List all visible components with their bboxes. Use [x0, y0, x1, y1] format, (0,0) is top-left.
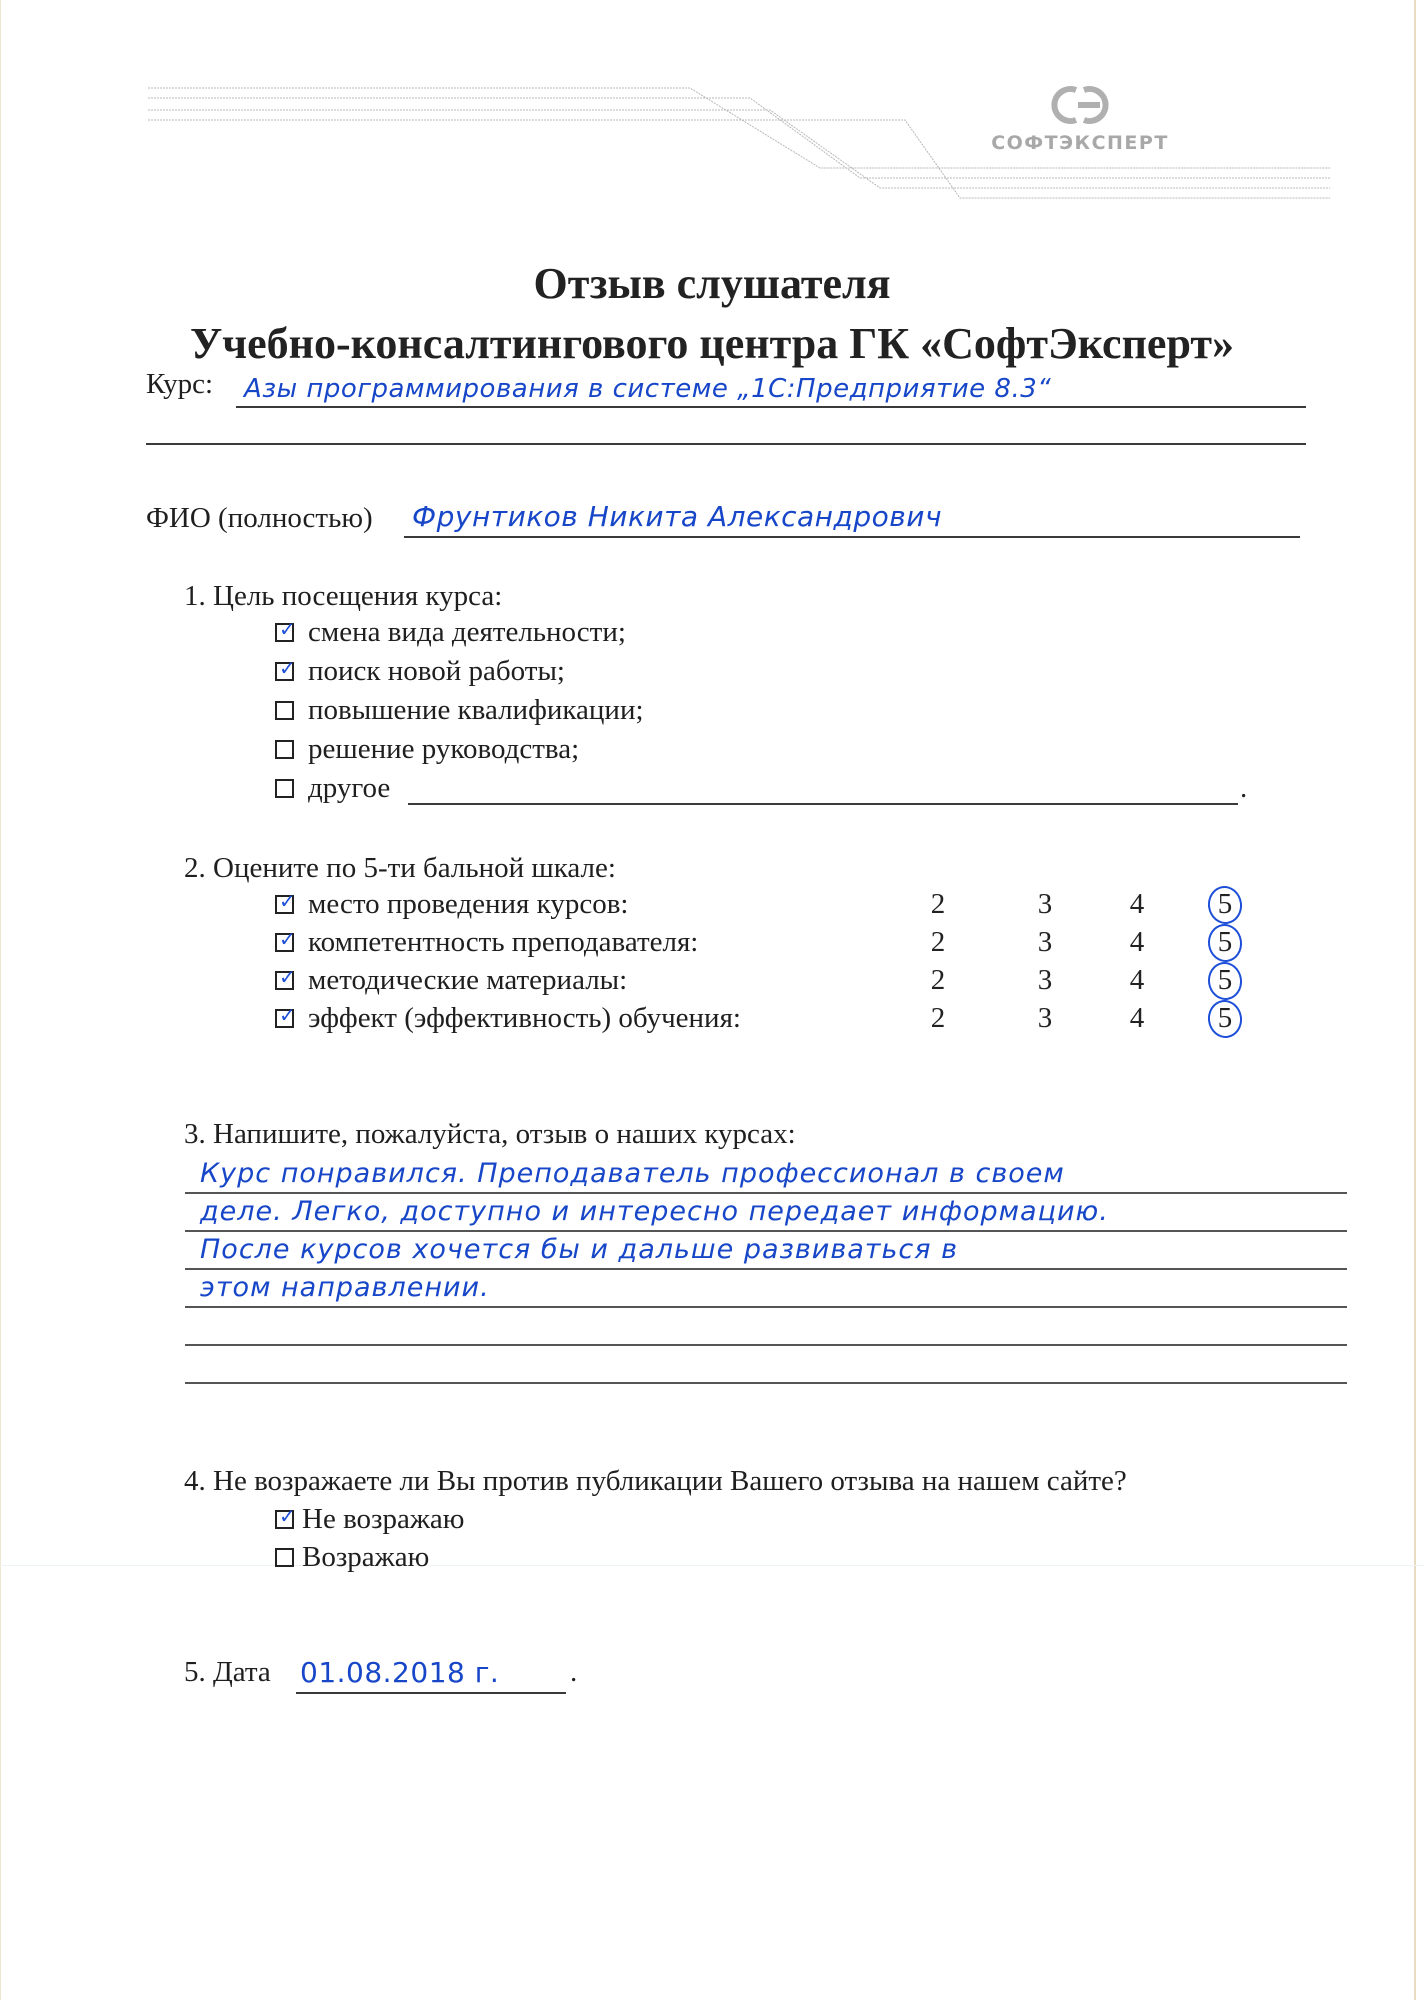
score-option[interactable]: 3	[1030, 888, 1060, 921]
review-text-line[interactable]: этом направлении.	[200, 1272, 490, 1303]
checkbox[interactable]	[275, 779, 294, 798]
review-underline	[185, 1306, 1347, 1308]
criterion-label: методические материалы:	[308, 964, 627, 997]
other-period: .	[1240, 772, 1247, 805]
option-label: решение руководства;	[308, 733, 579, 766]
page-title: Отзыв слушателя	[0, 258, 1424, 309]
criterion-label: компетентность преподавателя:	[308, 926, 698, 959]
score-option[interactable]: 4	[1122, 1002, 1152, 1035]
review-text-line[interactable]: деле. Легко, доступно и интересно переда…	[200, 1196, 1109, 1227]
q1-heading: 1. Цель посещения курса:	[184, 580, 502, 613]
review-underline	[185, 1230, 1347, 1232]
option-label: Не возражаю	[302, 1503, 464, 1536]
q2-heading: 2. Оцените по 5-ти бальной шкале:	[184, 852, 616, 885]
course-underline-2	[146, 443, 1306, 445]
review-underline	[185, 1268, 1347, 1270]
course-underline	[236, 406, 1306, 408]
check-icon: ✓	[279, 658, 296, 678]
date-field[interactable]: 01.08.2018 г.	[300, 1656, 499, 1689]
check-icon: ✓	[279, 1005, 296, 1025]
q4-option-no-objection[interactable]: ✓ Не возражаю	[275, 1503, 464, 1536]
review-text-line[interactable]: Курс понравился. Преподаватель профессио…	[200, 1158, 1065, 1189]
q4-option-object[interactable]: Возражаю	[275, 1541, 429, 1574]
checkbox[interactable]: ✓	[275, 1510, 294, 1529]
company-logo: СОФТЭКСПЕРТ	[980, 80, 1180, 154]
check-icon: ✓	[279, 1506, 296, 1526]
header-decoration	[0, 0, 1424, 200]
softexpert-logo-icon	[1040, 80, 1120, 130]
score-option[interactable]: 3	[1030, 964, 1060, 997]
q2-criterion[interactable]: ✓эффект (эффективность) обучения:	[275, 1002, 741, 1035]
check-icon: ✓	[279, 929, 296, 949]
option-label: повышение квалификации;	[308, 694, 644, 727]
checkbox[interactable]: ✓	[275, 933, 294, 952]
score-option[interactable]: 3	[1030, 926, 1060, 959]
q2-criterion[interactable]: ✓компетентность преподавателя:	[275, 926, 698, 959]
scan-artifact	[0, 1565, 1424, 1566]
checkbox[interactable]: ✓	[275, 971, 294, 990]
q1-option-other[interactable]: другое	[275, 772, 390, 805]
q2-criterion[interactable]: ✓методические материалы:	[275, 964, 627, 997]
q1-option[interactable]: ✓ смена вида деятельности;	[275, 616, 626, 649]
score-option[interactable]: 4	[1122, 964, 1152, 997]
option-label: смена вида деятельности;	[308, 616, 626, 649]
review-underline	[185, 1344, 1347, 1346]
checkbox[interactable]	[275, 701, 294, 720]
q4-heading: 4. Не возражаете ли Вы против публикации…	[184, 1465, 1127, 1498]
score-option[interactable]: 4	[1122, 926, 1152, 959]
checkbox[interactable]: ✓	[275, 623, 294, 642]
score-option[interactable]: 2	[923, 964, 953, 997]
option-label: другое	[308, 772, 390, 805]
date-period: .	[570, 1656, 577, 1689]
review-underline	[185, 1192, 1347, 1194]
score-option[interactable]: 4	[1122, 888, 1152, 921]
score-option[interactable]: 2	[923, 1002, 953, 1035]
fio-field[interactable]: Фрунтиков Никита Александрович	[412, 500, 942, 533]
q1-option[interactable]: ✓ поиск новой работы;	[275, 655, 565, 688]
score-option[interactable]: 2	[923, 888, 953, 921]
checkbox[interactable]: ✓	[275, 1009, 294, 1028]
other-underline[interactable]	[408, 803, 1238, 805]
date-underline	[296, 1692, 566, 1694]
criterion-label: эффект (эффективность) обучения:	[308, 1002, 741, 1035]
criterion-label: место проведения курсов:	[308, 888, 628, 921]
option-label: поиск новой работы;	[308, 655, 565, 688]
q2-criterion[interactable]: ✓место проведения курсов:	[275, 888, 628, 921]
page-subtitle: Учебно-консалтингового центра ГК «СофтЭк…	[0, 318, 1424, 369]
q1-option[interactable]: решение руководства;	[275, 733, 579, 766]
fio-label: ФИО (полностью)	[146, 502, 373, 535]
review-underline	[185, 1382, 1347, 1384]
score-option[interactable]: 3	[1030, 1002, 1060, 1035]
score-option[interactable]: 2	[923, 926, 953, 959]
checkbox[interactable]	[275, 1548, 294, 1567]
checkbox[interactable]: ✓	[275, 662, 294, 681]
option-label: Возражаю	[302, 1541, 429, 1574]
checkbox[interactable]: ✓	[275, 895, 294, 914]
course-label: Курс:	[146, 368, 213, 401]
check-icon: ✓	[279, 891, 296, 911]
fio-underline	[404, 536, 1300, 538]
check-icon: ✓	[279, 619, 296, 639]
q1-option[interactable]: повышение квалификации;	[275, 694, 644, 727]
review-text-line[interactable]: После курсов хочется бы и дальше развива…	[200, 1234, 958, 1265]
course-field[interactable]: Азы программирования в системе „1С:Предп…	[244, 374, 1051, 404]
q5-label: 5. Дата	[184, 1656, 271, 1689]
q3-heading: 3. Напишите, пожалуйста, отзыв о наших к…	[184, 1118, 796, 1151]
checkbox[interactable]	[275, 740, 294, 759]
check-icon: ✓	[279, 967, 296, 987]
logo-text: СОФТЭКСПЕРТ	[980, 132, 1180, 154]
